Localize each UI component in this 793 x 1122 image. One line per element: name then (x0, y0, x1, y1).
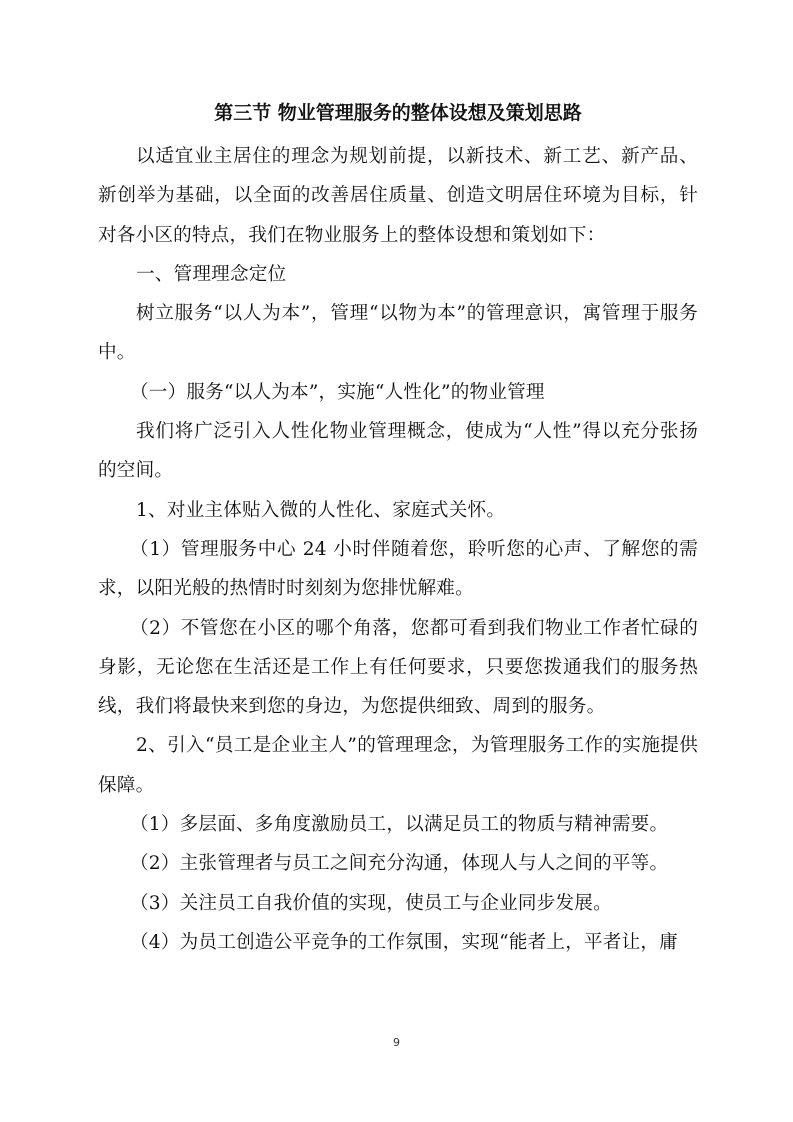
paragraph: 我们将广泛引入人性化物业管理概念，使成为“人性”得以充分张扬的空间。 (98, 412, 698, 491)
list-item: （1）管理服务中心 24 小时伴随着您，聆听您的心声、了解您的需求，以阳光般的热… (98, 530, 698, 609)
subheading-people-oriented: （一）服务“以人为本”，实施“人性化”的物业管理 (98, 373, 698, 412)
document-body: 以适宜业主居住的理念为规划前提，以新技术、新工艺、新产品、新创举为基础，以全面的… (98, 137, 698, 962)
list-item: 2、引入“员工是企业主人”的管理理念，为管理服务工作的实施提供保障。 (98, 726, 698, 805)
list-item: （1）多层面、多角度激励员工，以满足员工的物质与精神需要。 (98, 805, 698, 844)
list-item: （4）为员工创造公平竞争的工作氛围，实现“能者上，平者让，庸 (98, 923, 698, 962)
list-item: （3）关注员工自我价值的实现，使员工与企业同步发展。 (98, 884, 698, 923)
paragraph: 树立服务“以人为本”，管理“以物为本”的管理意识，寓管理于服务中。 (98, 294, 698, 373)
list-item: 1、对业主体贴入微的人性化、家庭式关怀。 (98, 491, 698, 530)
document-page: 第三节 物业管理服务的整体设想及策划思路 以适宜业主居住的理念为规划前提，以新技… (0, 0, 793, 1122)
page-number: 9 (0, 1036, 793, 1049)
paragraph: 以适宜业主居住的理念为规划前提，以新技术、新工艺、新产品、新创举为基础，以全面的… (98, 137, 698, 255)
list-item: （2）主张管理者与员工之间充分沟通，体现人与人之间的平等。 (98, 844, 698, 883)
heading-management-concept: 一、管理理念定位 (98, 255, 698, 294)
section-title: 第三节 物业管理服务的整体设想及策划思路 (98, 101, 698, 125)
list-item: （2）不管您在小区的哪个角落，您都可看到我们物业工作者忙碌的身影，无论您在生活还… (98, 609, 698, 727)
